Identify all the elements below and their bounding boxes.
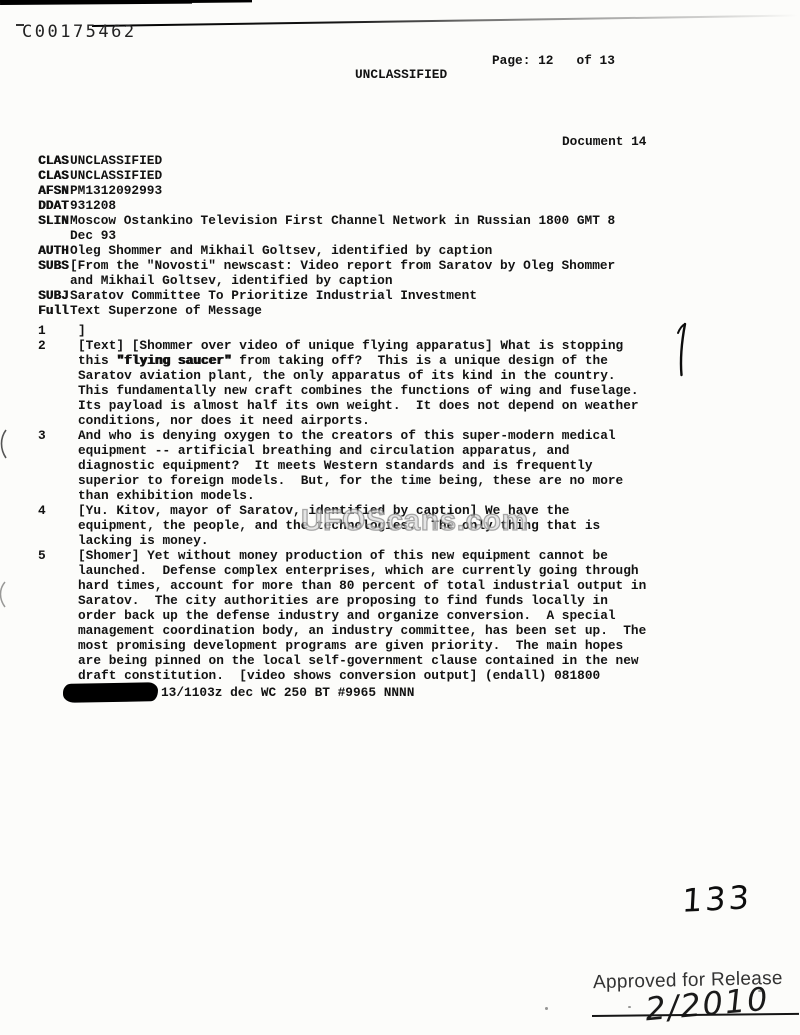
meta-label: AUTH [38, 243, 70, 258]
meta-row-clas-1: CLAS UNCLASSIFIED [38, 153, 680, 168]
meta-label: AFSN [38, 183, 70, 198]
meta-value: Text Superzone of Message [70, 303, 678, 318]
document-body: CLAS UNCLASSIFIED CLAS UNCLASSIFIED AFSN… [38, 153, 680, 702]
paragraph-text: [Text] [Shommer over video of unique fly… [78, 338, 678, 428]
paragraph-number: 4 [38, 503, 78, 548]
scanned-document-page: C00175462 Page: 12 of 13 UNCLASSIFIED Do… [0, 0, 800, 1035]
meta-row-auth: AUTH Oleg Shommer and Mikhail Goltsev, i… [38, 243, 680, 258]
classification-banner: UNCLASSIFIED [355, 67, 447, 82]
meta-value: Saratov Committee To Prioritize Industri… [70, 288, 678, 303]
paragraph-3: 3 And who is denying oxygen to the creat… [38, 428, 680, 503]
meta-label: DDAT [38, 198, 70, 213]
meta-row-subs: SUBS [From the "Novosti" newscast: Video… [38, 258, 680, 288]
signoff-text: 13/1103z dec WC 250 BT #9965 NNNN [161, 685, 414, 700]
document-control-number: C00175462 [22, 22, 137, 42]
meta-label: SLIN [38, 213, 70, 243]
emphasized-phrase: "flying saucer" [116, 353, 231, 368]
meta-value: 931208 [70, 198, 678, 213]
meta-row-afsn: AFSN PM1312092993 [38, 183, 680, 198]
meta-label: CLAS [38, 153, 70, 168]
meta-label: CLAS [38, 168, 70, 183]
scan-speck [545, 1007, 548, 1010]
paragraph-text: ] [78, 323, 678, 338]
ufoscans-watermark: UFOScans.com [301, 504, 529, 538]
scan-artifact-top-bar [0, 0, 192, 5]
meta-value: Oleg Shommer and Mikhail Goltsev, identi… [70, 243, 678, 258]
meta-label: Full [38, 303, 70, 318]
meta-row-full-text: Full Text Superzone of Message [38, 303, 680, 318]
paragraph-text: [Shomer] Yet without money production of… [78, 548, 678, 683]
paragraph-number: 5 [38, 548, 78, 683]
meta-row-slin: SLIN Moscow Ostankino Television First C… [38, 213, 680, 243]
signoff-line: 13/1103z dec WC 250 BT #9965 NNNN [38, 683, 680, 702]
paragraph-text: And who is denying oxygen to the creator… [78, 428, 678, 503]
meta-value: UNCLASSIFIED [70, 168, 678, 183]
paragraph-number: 2 [38, 338, 78, 428]
paragraph-2: 2 [Text] [Shommer over video of unique f… [38, 338, 680, 428]
meta-row-subj: SUBJ Saratov Committee To Prioritize Ind… [38, 288, 680, 303]
meta-value: Moscow Ostankino Television First Channe… [70, 213, 678, 243]
paragraph-number: 3 [38, 428, 78, 503]
meta-value: UNCLASSIFIED [70, 153, 678, 168]
redaction-bar [63, 682, 158, 703]
meta-value: PM1312092993 [70, 183, 678, 198]
handwritten-page-number: 133 [681, 878, 753, 920]
scan-speck [758, 990, 762, 992]
meta-value: [From the "Novosti" newscast: Video repo… [70, 258, 678, 288]
scan-artifact-edge-curve [0, 580, 10, 610]
meta-row-ddat: DDAT 931208 [38, 198, 680, 213]
scan-speck [628, 1006, 631, 1008]
meta-row-clas-2: CLAS UNCLASSIFIED [38, 168, 680, 183]
scan-artifact-streak [92, 15, 798, 27]
paragraph-5: 5 [Shomer] Yet without money production … [38, 548, 680, 683]
document-number-label: Document 14 [562, 134, 646, 149]
paragraph-number: 1 [38, 323, 78, 338]
meta-label: SUBJ [38, 288, 70, 303]
scan-artifact-top-bar-thin [186, 0, 252, 3]
page-indicator: Page: 12 of 13 [492, 53, 615, 68]
paragraph-1: 1 ] [38, 323, 680, 338]
scan-artifact-edge-curve [0, 428, 11, 460]
meta-label: SUBS [38, 258, 70, 288]
handwritten-tick-mark [668, 318, 696, 380]
